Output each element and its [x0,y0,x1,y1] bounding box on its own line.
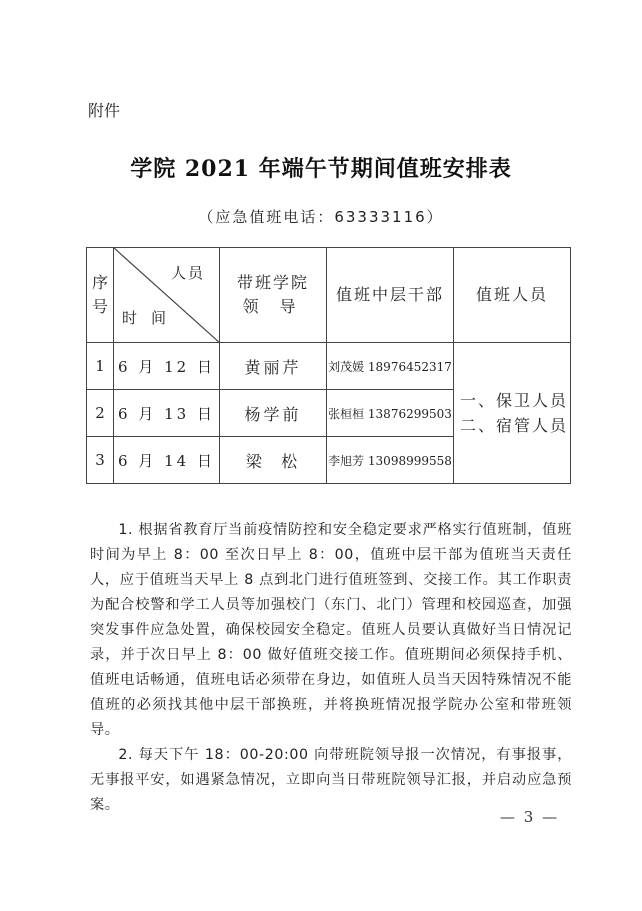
header-time-label: 时间 [122,307,180,328]
page-number: — 3 — [500,808,559,826]
emergency-phone-subtitle: （应急值班电话：63333116） [0,206,642,227]
row-seq: 1 [87,343,114,390]
duty-staff-line1: 一、保卫人员 [460,388,570,413]
header-middle-cadre-label: 值班中层干部 [336,285,444,304]
notes-body: 1. 根据省教育厅当前疫情防控和安全稳定要求严格实行值班制，值班时间为早上 8：… [90,518,572,818]
header-middle-cadre: 值班中层干部 [327,248,454,343]
table-row: 1 6 月 12 日 黄丽芹 刘茂媛 18976452317 一、保卫人员 二、… [87,343,571,390]
row-cadre: 刘茂媛 18976452317 [327,343,454,390]
header-seq-label: 序号 [92,271,108,319]
duty-staff-line2: 二、宿管人员 [460,413,570,438]
header-diagonal-cell: 人员 时间 [114,248,220,343]
header-seq: 序号 [87,248,114,343]
row-date: 6 月 13 日 [114,390,220,437]
note-paragraph-1: 1. 根据省教育厅当前疫情防控和安全稳定要求严格实行值班制，值班时间为早上 8：… [90,518,572,743]
row-leader: 杨学前 [220,390,327,437]
note-paragraph-2: 2. 每天下午 18：00-20:00 向带班院领导报一次情况，有事报事，无事报… [90,743,572,818]
header-duty-staff: 值班人员 [454,248,571,343]
row-leader: 黄丽芹 [220,343,327,390]
header-duty-staff-label: 值班人员 [476,285,548,304]
header-personnel-label: 人员 [171,262,205,283]
row-seq: 2 [87,390,114,437]
row-seq: 3 [87,437,114,484]
row-date: 6 月 14 日 [114,437,220,484]
duty-schedule-table: 序号 人员 时间 带班学院 领 导 值班中层干部 值班人员 1 6 月 12 日… [86,247,571,484]
header-leader: 带班学院 领 导 [220,248,327,343]
document-title: 学院 2021 年端午节期间值班安排表 [0,152,642,183]
header-leader-line1: 带班学院 [220,271,326,295]
table-header-row: 序号 人员 时间 带班学院 领 导 值班中层干部 值班人员 [87,248,571,343]
header-leader-line2: 领 导 [220,295,326,319]
row-date: 6 月 12 日 [114,343,220,390]
attachment-label: 附件 [88,98,120,121]
row-leader: 梁 松 [220,437,327,484]
row-cadre: 李旭芳 13098999558 [327,437,454,484]
row-cadre: 张桓桓 13876299503 [327,390,454,437]
duty-staff-merged-cell: 一、保卫人员 二、宿管人员 [454,343,571,484]
